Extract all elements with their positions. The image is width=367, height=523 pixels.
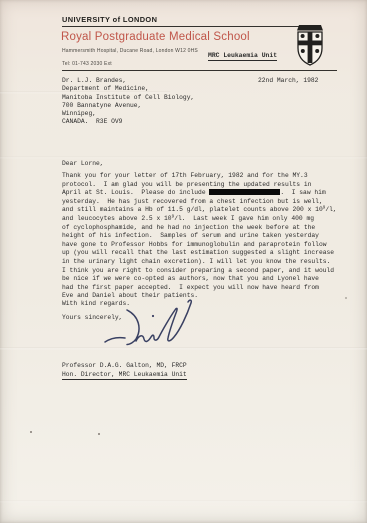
letter-line: I think you are right to consider prepar… (62, 267, 337, 276)
letter-line: 700 Bannatyne Avenue, (62, 102, 194, 110)
handwritten-signature (96, 293, 200, 360)
unit-name: MRC Leukaemia Unit (208, 52, 277, 61)
paper-crease (0, 156, 367, 159)
letter-line: Winnipeg, (62, 110, 194, 118)
signatory-name: Professor D.A.G. Galton, MD, FRCP (62, 362, 187, 369)
letter-line: had the first paper accepted. I expect y… (62, 284, 337, 293)
school-name: Royal Postgraduate Medical School (61, 31, 250, 43)
letterhead-rule-bottom (62, 70, 337, 71)
letterhead-rule-top (62, 26, 315, 27)
letter-line: and still maintains a Hb of 11.5 g/dl, p… (62, 206, 337, 215)
recipient-address: Dr. L.J. Brandes,Department of Medicine,… (62, 77, 194, 127)
salutation: Dear Lorne, (62, 160, 104, 167)
signatory-title: Hon. Director, MRC Leukaemia Unit (62, 371, 187, 380)
letter-line: Thank you for your letter of 17th Februa… (62, 172, 337, 181)
letter-line: of cyclophosphamide, and he had no injec… (62, 224, 337, 233)
letter-line: Department of Medicine, (62, 85, 194, 93)
letter-line: April at St. Louis. Please do include . … (62, 189, 337, 198)
paper-crease (0, 500, 367, 503)
letter-line: in the urinary light chain excretion). I… (62, 258, 337, 267)
letter-body: Thank you for your letter of 17th Februa… (62, 172, 337, 301)
university-of-london-crest-icon (296, 24, 324, 71)
letter-line: and leucocytes above 2.5 x 109/l. Last w… (62, 215, 337, 224)
letter-line: up (you will recall that the last estima… (62, 249, 337, 258)
letter-line: CANADA. R3E OV9 (62, 118, 194, 126)
scanned-letter-page: UNIVERSITY of LONDON Royal Postgraduate … (0, 0, 367, 523)
school-address: Hammersmith Hospital, Ducane Road, Londo… (62, 48, 198, 54)
letter-line: protocol. I am glad you will be presenti… (62, 181, 337, 190)
paper-speck (345, 297, 347, 299)
paper-speck (98, 433, 100, 435)
university-name: UNIVERSITY of LONDON (62, 15, 157, 24)
letter-line: have gone to Professor Hobbs for immunog… (62, 241, 337, 250)
telephone-line: Tel: 01-743 2030 Ext (62, 61, 112, 67)
letter-line: Dr. L.J. Brandes, (62, 77, 194, 85)
redaction-box (209, 189, 280, 195)
paper-speck (30, 431, 32, 433)
letter-line: Manitoba Institute of Cell Biology, (62, 94, 194, 102)
letter-line: height of his infection. Samples of seru… (62, 232, 337, 241)
letter-date: 22nd March, 1982 (258, 77, 318, 84)
letter-line: be nice if we were co-opted as authors, … (62, 275, 337, 284)
